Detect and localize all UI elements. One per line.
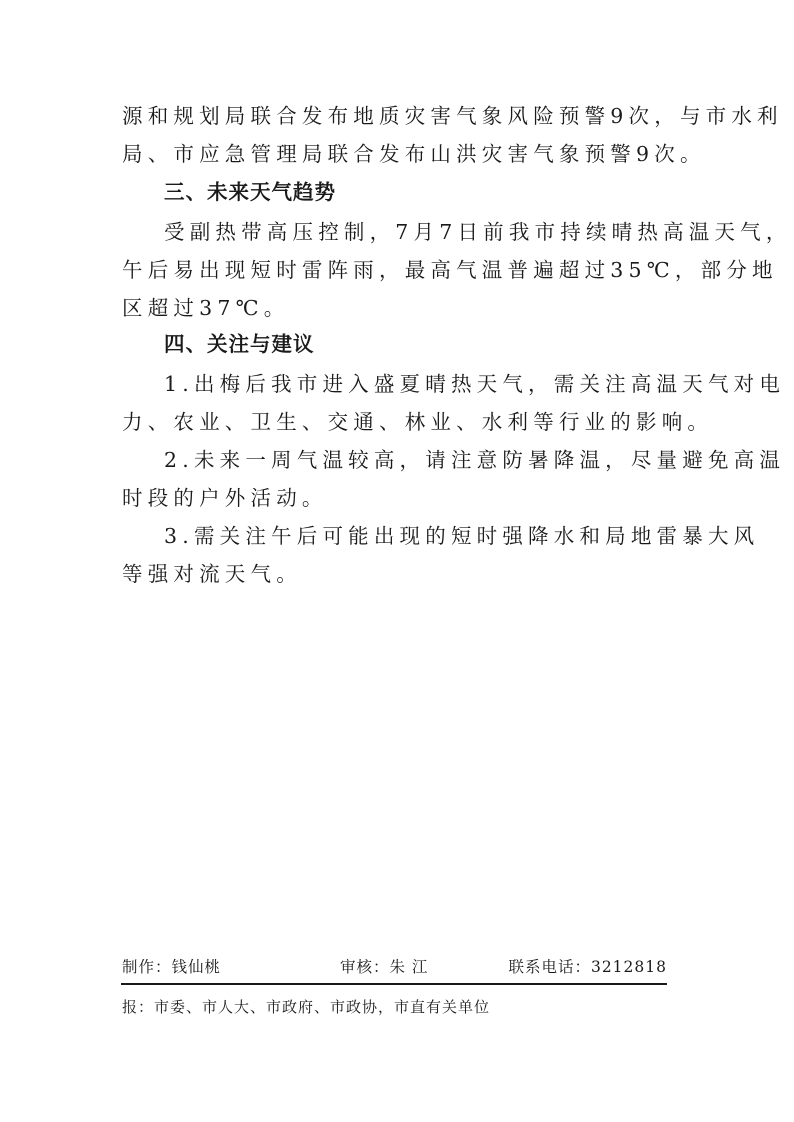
body-text-line: 局、市应急管理局联合发布山洪灾害气象预警9次。 [122, 142, 667, 166]
report-recipients: 报：市委、市人大、市政府、市政协，市直有关单位 [122, 996, 490, 1017]
suggestion-item-1-cont: 力、农业、卫生、交通、林业、水利等行业的影响。 [122, 410, 667, 434]
suggestion-item-2-cont: 时段的户外活动。 [122, 486, 667, 510]
body-text-line: 源和规划局联合发布地质灾害气象风险预警9次，与市水利 [122, 104, 667, 128]
document-page: 源和规划局联合发布地质灾害气象风险预警9次，与市水利 局、市应急管理局联合发布山… [0, 0, 794, 1122]
suggestion-item-3-cont: 等强对流天气。 [122, 562, 667, 586]
footer-divider [121, 983, 667, 985]
body-text-line: 受副热带高压控制，7月7日前我市持续晴热高温天气， [164, 220, 667, 244]
section-heading-future-weather: 三、未来天气趋势 [164, 180, 709, 204]
reviewer-label: 审核：朱 江 [340, 955, 428, 977]
suggestion-item-2: 2.未来一周气温较高，请注意防暑降温，尽量避免高温 [164, 448, 667, 472]
producer-label: 制作：钱仙桃 [122, 955, 221, 977]
suggestion-item-3: 3.需关注午后可能出现的短时强降水和局地雷暴大风 [164, 524, 667, 548]
body-text-line: 区超过37℃。 [122, 296, 667, 320]
contact-phone: 联系电话：3212818 [508, 955, 667, 977]
section-heading-suggestions: 四、关注与建议 [164, 332, 709, 356]
body-text-line: 午后易出现短时雷阵雨，最高气温普遍超过35℃，部分地 [122, 258, 667, 282]
footer-credits: 制作：钱仙桃 审核：朱 江 联系电话：3212818 [122, 955, 667, 979]
suggestion-item-1: 1.出梅后我市进入盛夏晴热天气，需关注高温天气对电 [164, 372, 667, 396]
